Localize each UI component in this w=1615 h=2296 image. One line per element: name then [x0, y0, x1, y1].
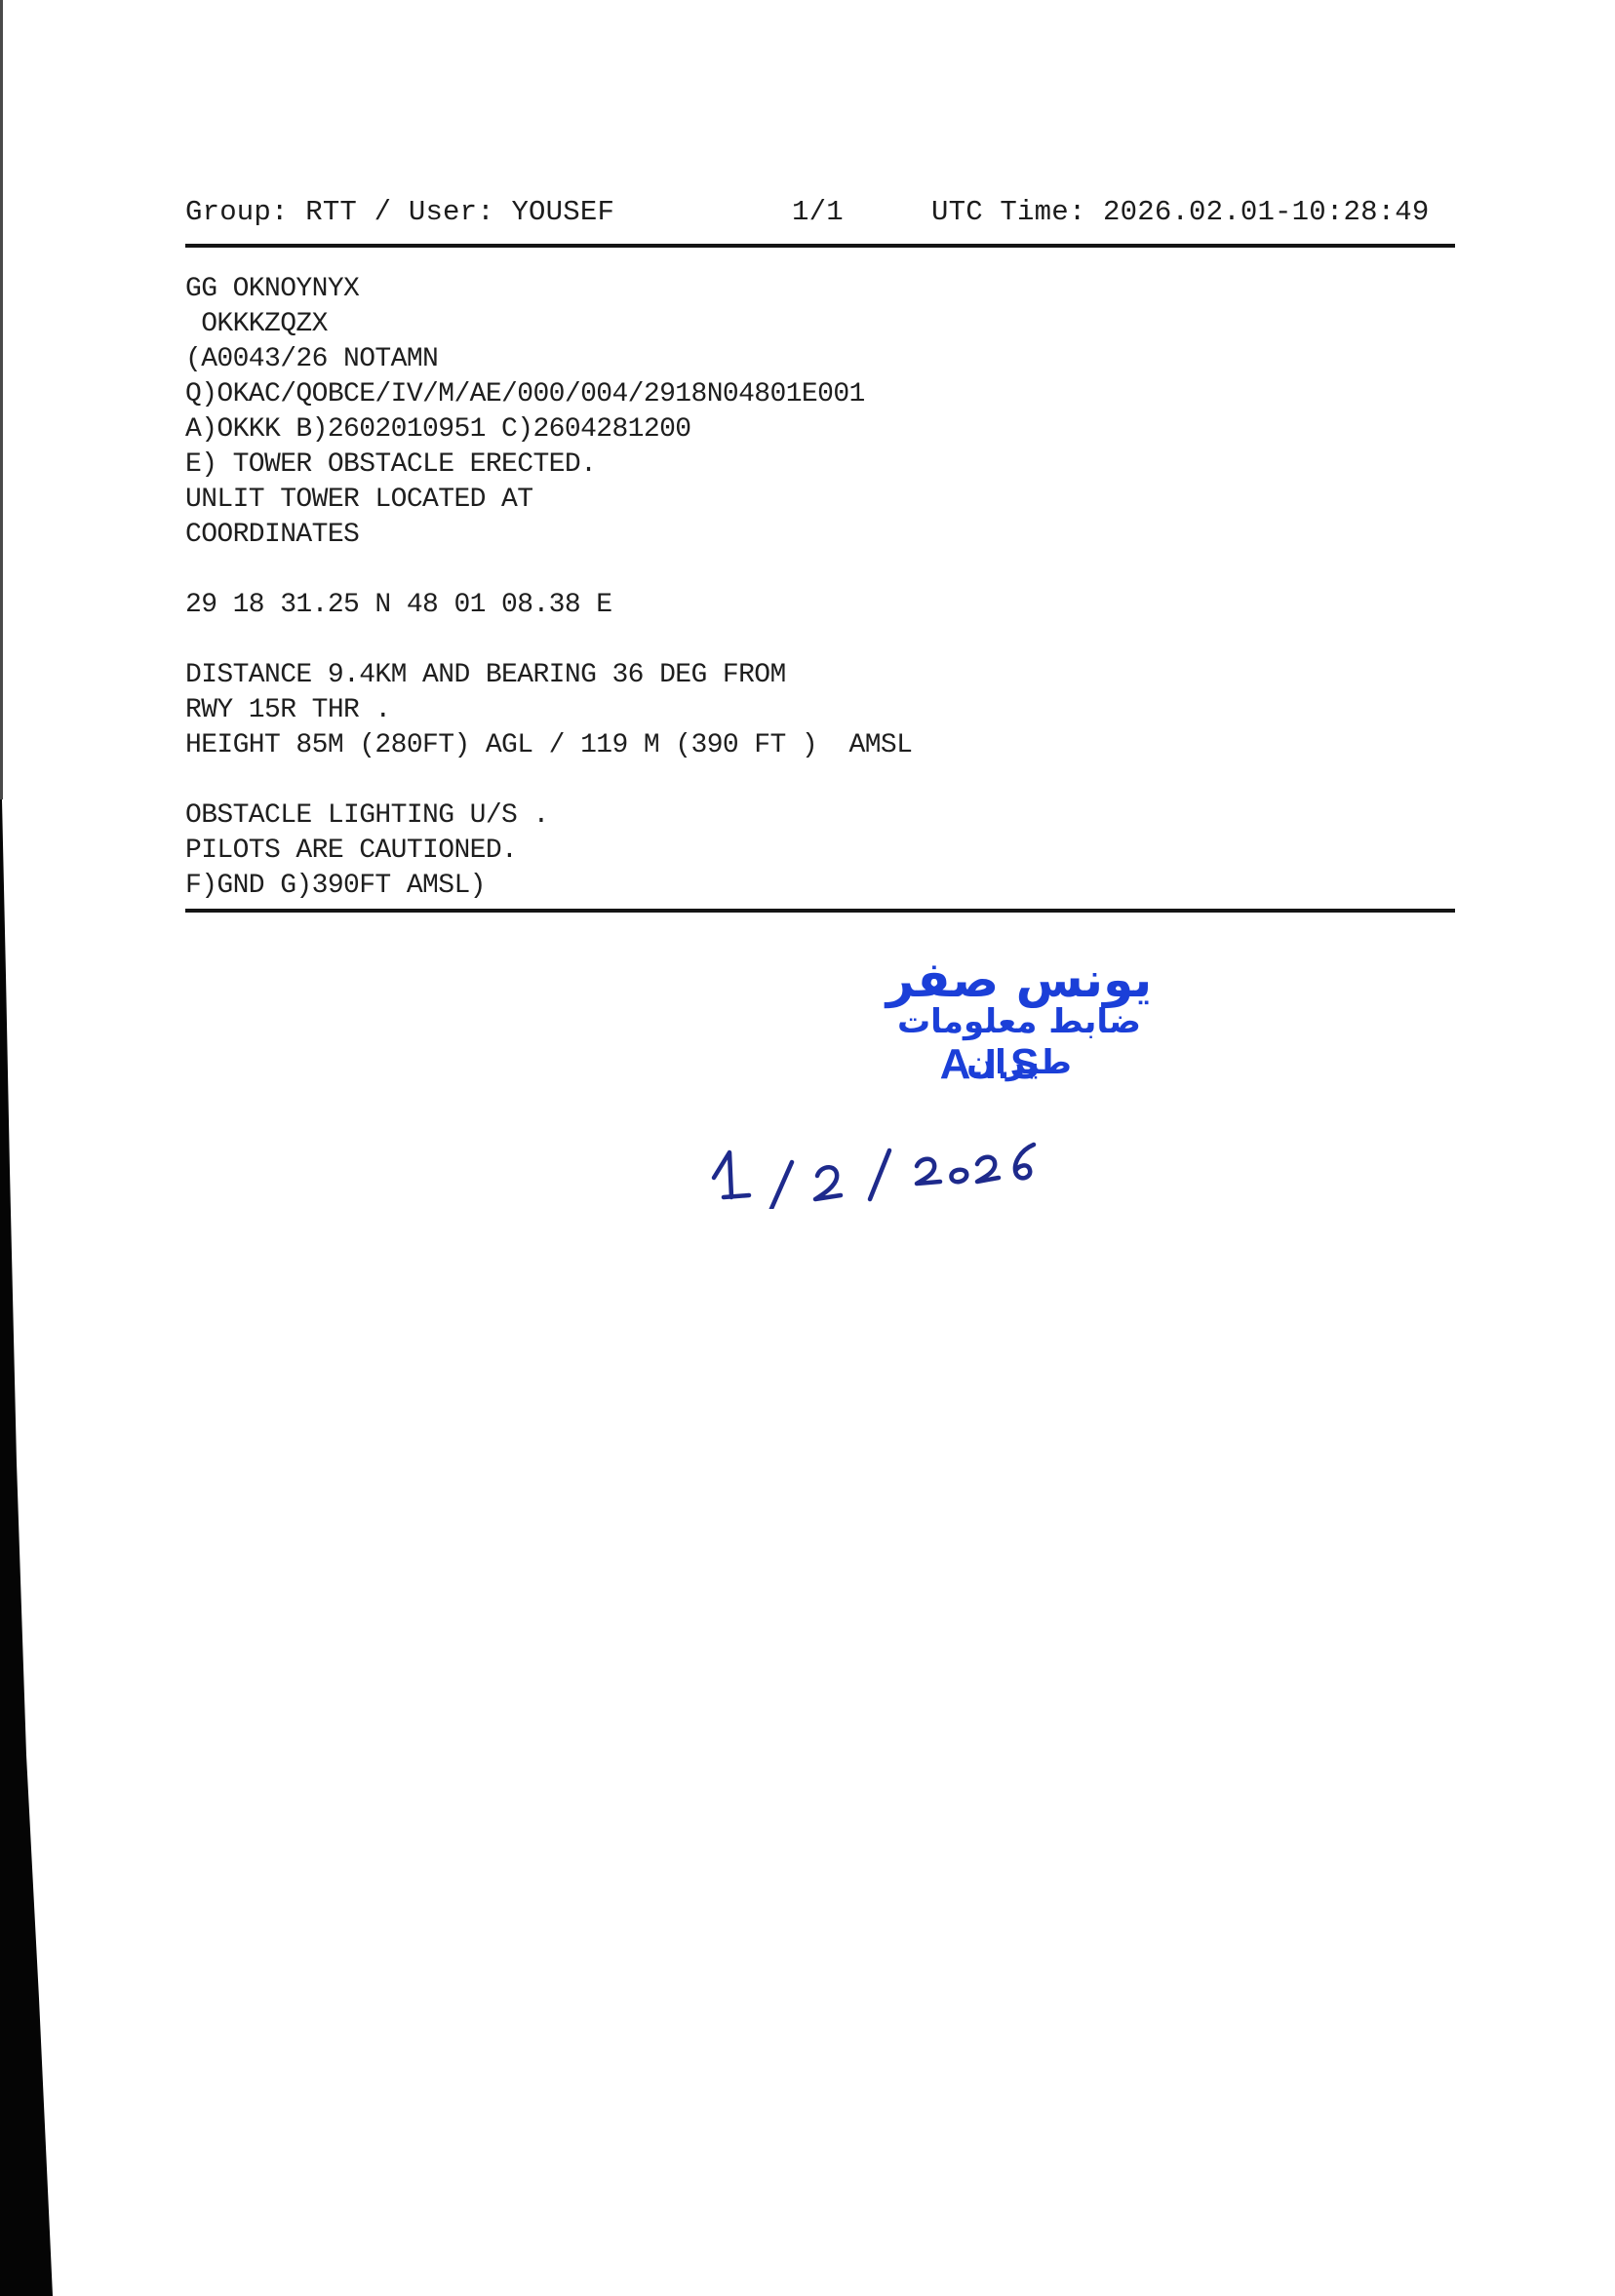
notam-message-body: GG OKNOYNYX OKKKZQZX(A0043/26 NOTAMNQ)OK… — [185, 272, 1453, 904]
notam-line: HEIGHT 85M (280FT) AGL / 119 M (390 FT )… — [185, 728, 1453, 763]
stamp-officer-name: يونس صفر — [848, 951, 1190, 1009]
notam-line: PILOTS ARE CAUTIONED. — [185, 834, 1453, 869]
header-divider — [185, 244, 1455, 248]
scanner-edge-shadow — [0, 0, 59, 2296]
notam-line: OBSTACLE LIGHTING U/S . — [185, 798, 1453, 834]
page-indicator: 1/1 — [792, 195, 844, 230]
notam-line: 29 18 31.25 N 48 01 08.38 E — [185, 588, 1453, 623]
notam-line: UNLIT TOWER LOCATED AT — [185, 483, 1453, 518]
handwritten-date: 1/2/2026 — [702, 1121, 1053, 1209]
notam-line: DISTANCE 9.4KM AND BEARING 36 DEG FROM — [185, 658, 1453, 693]
blank-line — [185, 553, 1453, 588]
blank-line — [185, 763, 1453, 798]
notam-line: (A0043/26 NOTAMN — [185, 342, 1453, 377]
notam-line: Q)OKAC/QOBCE/IV/M/AE/000/004/2918N04801E… — [185, 377, 1453, 412]
blank-line — [185, 623, 1453, 658]
stamp-unit: A.I.S — [848, 1040, 1190, 1089]
notam-line: OKKKZQZX — [185, 307, 1453, 342]
notam-line: COORDINATES — [185, 518, 1453, 553]
group-user-label: Group: RTT / User: YOUSEF — [185, 195, 614, 230]
notam-line: F)GND G)390FT AMSL) — [185, 869, 1453, 904]
notam-line: E) TOWER OBSTACLE ERECTED. — [185, 448, 1453, 483]
notam-line: RWY 15R THR . — [185, 693, 1453, 728]
message-header: Group: RTT / User: YOUSEF 1/1 UTC Time: … — [185, 195, 1453, 230]
notam-line: GG OKNOYNYX — [185, 272, 1453, 307]
scanned-notam-page: Group: RTT / User: YOUSEF 1/1 UTC Time: … — [0, 0, 1615, 2296]
ais-officer-stamp: يونس صفر ضابط معلومات طيران A.I.S — [848, 951, 1190, 1097]
utc-time-label: UTC Time: 2026.02.01-10:28:49 — [931, 195, 1429, 230]
notam-line: A)OKKK B)2602010951 C)2604281200 — [185, 412, 1453, 448]
footer-divider — [185, 909, 1455, 913]
